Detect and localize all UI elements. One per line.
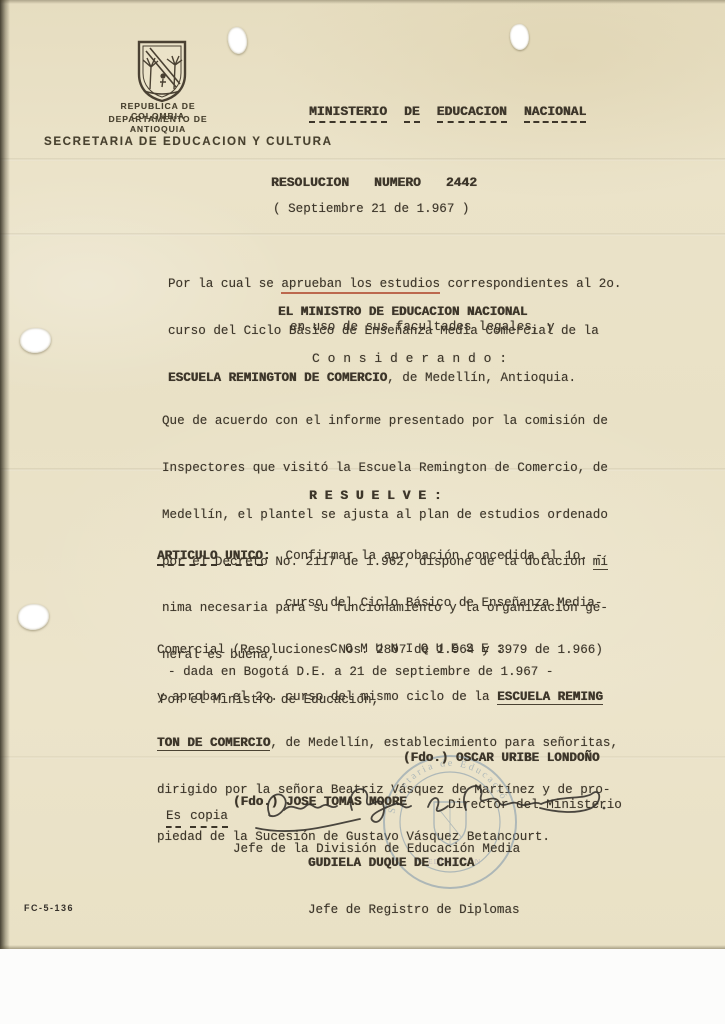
school-name-bold: TON DE COMERCIO [157,736,270,751]
resolution-title: RESOLUCION NUMERO 2442 [271,175,477,191]
school-name-bold: ESCUELA REMING [497,690,603,705]
by-minister-line: Por el Ministro de Educación, [160,693,379,709]
paper-crease [0,158,725,161]
articulo-word: UNICO [225,549,263,566]
resolution-number-label: NUMERO [374,175,421,191]
ministry-word: MINISTERIO [309,104,387,123]
scan-edge-shadow [0,0,725,4]
punch-hole [508,23,530,51]
minister-heading: EL MINISTRO DE EDUCACION NACIONAL [278,305,527,321]
ministry-heading: MINISTERIO DE EDUCACION NACIONAL [309,104,586,123]
letterhead-department: DEPARTAMENTO DE ANTIOQUIA [95,114,221,134]
antioquia-coat-of-arms-icon [134,39,190,103]
punch-hole [20,328,51,353]
considerando-text: Que de acuerdo con el informe presentado… [162,414,608,430]
intro-text: correspondientes al 2o. [440,277,621,291]
resuelve-text: Confirmar la aprobación concedida al 1o.… [270,549,603,563]
signatory-title: Jefe de Registro de Diplomas [308,903,520,919]
resolution-label: RESOLUCION [271,175,349,191]
paper-crease [0,233,725,236]
considerando-text: Inspectores que visitó la Escuela Reming… [162,461,608,477]
scan-edge-shadow [0,0,10,949]
document-page: REPUBLICA DE COLOMBIA DEPARTAMENTO DE AN… [0,0,725,949]
es-copia-word: Es [166,809,181,828]
ministry-word: EDUCACION [437,104,507,123]
certified-copy-note: Es copia [166,809,228,828]
signatory-name: GUDIELA DUQUE DE CHICA [308,856,520,872]
ministry-word: NACIONAL [524,104,586,123]
comuniquese-heading: C O M U N I Q U E S E : [330,642,504,658]
letterhead-secretary: SECRETARIA DE EDUCACION Y CULTURA [44,135,333,148]
minister-subheading: en uso de sus facultades legales, y [290,320,555,336]
scanned-document: REPUBLICA DE COLOMBIA DEPARTAMENTO DE AN… [0,0,725,1024]
issued-line: - dada en Bogotá D.E. a 21 de septiembre… [168,665,553,681]
form-code: FC-5-136 [24,903,74,913]
resuelve-text: curso del Ciclo Básico de Enseñanza Medi… [157,596,618,612]
resolution-date: ( Septiembre 21 de 1.967 ) [273,202,470,218]
resolution-number: 2442 [446,175,477,191]
scanner-background [0,949,725,1024]
punch-hole [18,604,49,630]
punch-hole [225,25,249,55]
ministry-word: DE [404,104,420,123]
intro-text: Por la cual se [168,277,281,291]
articulo-word: ARTICULO [157,549,217,566]
considerando-heading: C o n s i d e r a n d o : [312,351,507,367]
resuelve-heading: R E S U E L V E : [309,488,442,504]
red-underlined-text: aprueban los estudios [281,277,440,294]
es-copia-word: copia [190,809,228,828]
